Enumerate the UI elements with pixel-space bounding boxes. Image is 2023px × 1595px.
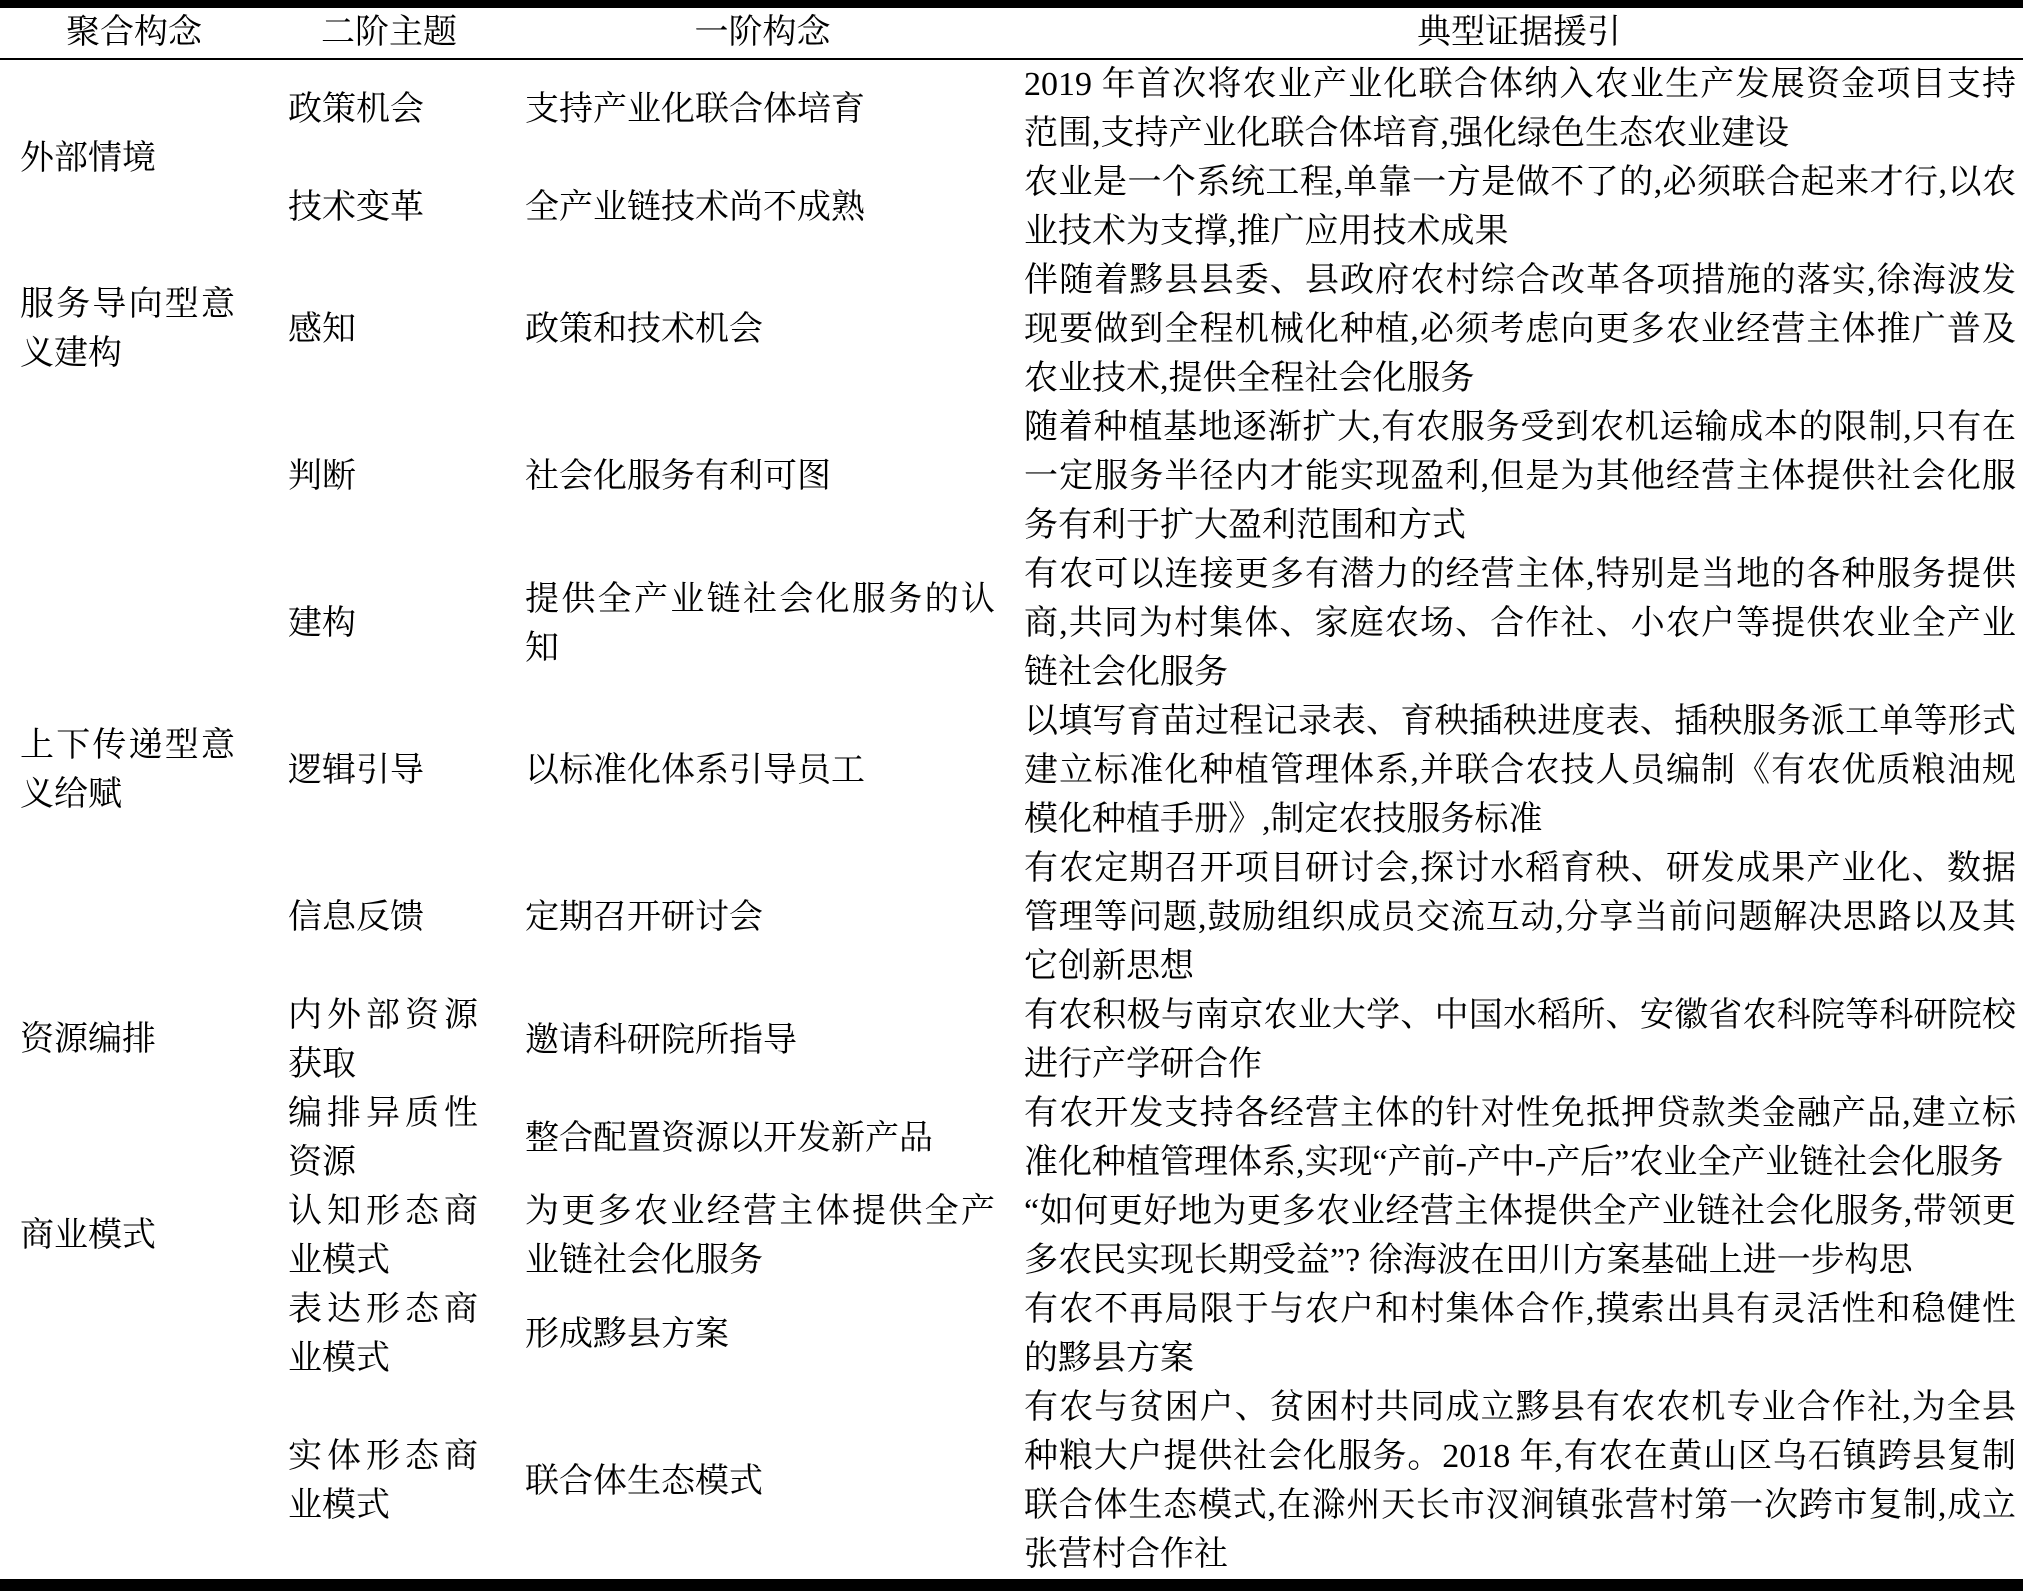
concept-text: 以标准化体系引导员工 [525, 746, 995, 795]
first-order-concept-cell: 提供全产业链社会化服务的认知 [510, 550, 1015, 697]
table-row: 实体形态商业模式 联合体生态模式 有农与贫困户、贫困村共同成立黟县有农农机专业合… [0, 1383, 2023, 1585]
column-header-aggregate-construct: 聚合构念 [0, 4, 268, 59]
second-order-theme-cell: 判断 [268, 403, 510, 550]
aggregate-construct-cell: 外部情境 [0, 59, 268, 256]
first-order-concept-cell: 全产业链技术尚不成熟 [510, 158, 1015, 256]
table-row: 判断 社会化服务有利可图 随着种植基地逐渐扩大,有农服务受到农机运输成本的限制,… [0, 403, 2023, 550]
evidence-cell: 有农开发支持各经营主体的针对性免抵押贷款类金融产品,建立标准化种植管理体系,实现… [1015, 1089, 2023, 1187]
first-order-concept-cell: 定期召开研讨会 [510, 844, 1015, 991]
evidence-cell: 2019 年首次将农业产业化联合体纳入农业生产发展资金项目支持范围,支持产业化联… [1015, 59, 2023, 158]
table-row: 技术变革 全产业链技术尚不成熟 农业是一个系统工程,单靠一方是做不了的,必须联合… [0, 158, 2023, 256]
evidence-text: 伴随着黟县县委、县政府农村综合改革各项措施的落实,徐海波发现要做到全程机械化种植… [1024, 256, 2016, 403]
concept-text: 社会化服务有利可图 [525, 452, 995, 501]
concept-text: 邀请科研院所指导 [525, 1016, 995, 1065]
aggregate-construct-label: 资源编排 [20, 1015, 235, 1064]
second-order-theme-cell: 认知形态商业模式 [268, 1187, 510, 1285]
second-order-theme-cell: 建构 [268, 550, 510, 697]
concept-text: 定期召开研讨会 [525, 893, 995, 942]
second-order-theme-cell: 信息反馈 [268, 844, 510, 991]
evidence-text: 随着种植基地逐渐扩大,有农服务受到农机运输成本的限制,只有在一定服务半径内才能实… [1024, 403, 2016, 550]
aggregate-construct-cell: 上下传递型意义给赋 [0, 697, 268, 991]
concept-text: 形成黟县方案 [525, 1310, 995, 1359]
table-row: 编排异质性资源 整合配置资源以开发新产品 有农开发支持各经营主体的针对性免抵押贷… [0, 1089, 2023, 1187]
paper-table-page: { "table": { "headers": ["聚合构念", "二阶主题",… [0, 0, 2023, 1595]
second-order-theme-cell: 表达形态商业模式 [268, 1285, 510, 1383]
table-row: 信息反馈 定期召开研讨会 有农定期召开项目研讨会,探讨水稻育秧、研发成果产业化、… [0, 844, 2023, 991]
evidence-cell: 农业是一个系统工程,单靠一方是做不了的,必须联合起来才行,以农业技术为支撑,推广… [1015, 158, 2023, 256]
evidence-text: 有农定期召开项目研讨会,探讨水稻育秧、研发成果产业化、数据管理等问题,鼓励组织成… [1024, 844, 2016, 991]
evidence-text: 以填写育苗过程记录表、育秧插秧进度表、插秧服务派工单等形式建立标准化种植管理体系… [1024, 697, 2016, 844]
concept-text: 全产业链技术尚不成熟 [525, 183, 995, 232]
aggregate-construct-label: 上下传递型意义给赋 [20, 721, 235, 819]
evidence-text: 2019 年首次将农业产业化联合体纳入农业生产发展资金项目支持范围,支持产业化联… [1024, 60, 2016, 158]
evidence-cell: 有农可以连接更多有潜力的经营主体,特别是当地的各种服务提供商,共同为村集体、家庭… [1015, 550, 2023, 697]
second-order-theme-cell: 编排异质性资源 [268, 1089, 510, 1187]
second-order-theme-cell: 技术变革 [268, 158, 510, 256]
theme-text: 政策机会 [288, 85, 478, 134]
table-row: 资源编排 内外部资源获取 邀请科研院所指导 有农积极与南京农业大学、中国水稻所、… [0, 991, 2023, 1089]
evidence-cell: 有农定期召开项目研讨会,探讨水稻育秧、研发成果产业化、数据管理等问题,鼓励组织成… [1015, 844, 2023, 991]
evidence-text: “如何更好地为更多农业经营主体提供全产业链社会化服务,带领更多农民实现长期受益”… [1024, 1187, 2016, 1285]
evidence-cell: 有农积极与南京农业大学、中国水稻所、安徽省农科院等科研院校进行产学研合作 [1015, 991, 2023, 1089]
concept-text: 支持产业化联合体培育 [525, 85, 995, 134]
first-order-concept-cell: 整合配置资源以开发新产品 [510, 1089, 1015, 1187]
first-order-concept-cell: 支持产业化联合体培育 [510, 59, 1015, 158]
theme-text: 判断 [288, 452, 478, 501]
first-order-concept-cell: 联合体生态模式 [510, 1383, 1015, 1585]
table-row: 商业模式 认知形态商业模式 为更多农业经营主体提供全产业链社会化服务 “如何更好… [0, 1187, 2023, 1285]
concept-text: 提供全产业链社会化服务的认知 [525, 575, 995, 673]
evidence-text: 有农积极与南京农业大学、中国水稻所、安徽省农科院等科研院校进行产学研合作 [1024, 991, 2016, 1089]
first-order-concept-cell: 形成黟县方案 [510, 1285, 1015, 1383]
first-order-concept-cell: 邀请科研院所指导 [510, 991, 1015, 1089]
aggregate-construct-label: 服务导向型意义建构 [20, 280, 235, 378]
theme-text: 内外部资源获取 [288, 991, 478, 1089]
evidence-cell: 伴随着黟县县委、县政府农村综合改革各项措施的落实,徐海波发现要做到全程机械化种植… [1015, 256, 2023, 403]
evidence-cell: 有农不再局限于与农户和村集体合作,摸索出具有灵活性和稳健性的黟县方案 [1015, 1285, 2023, 1383]
evidence-text: 农业是一个系统工程,单靠一方是做不了的,必须联合起来才行,以农业技术为支撑,推广… [1024, 158, 2016, 256]
table-row: 建构 提供全产业链社会化服务的认知 有农可以连接更多有潜力的经营主体,特别是当地… [0, 550, 2023, 697]
table-row: 上下传递型意义给赋 逻辑引导 以标准化体系引导员工 以填写育苗过程记录表、育秧插… [0, 697, 2023, 844]
second-order-theme-cell: 实体形态商业模式 [268, 1383, 510, 1585]
concept-text: 政策和技术机会 [525, 305, 995, 354]
theme-text: 表达形态商业模式 [288, 1285, 478, 1383]
evidence-text: 有农可以连接更多有潜力的经营主体,特别是当地的各种服务提供商,共同为村集体、家庭… [1024, 550, 2016, 697]
aggregate-construct-cell: 商业模式 [0, 1187, 268, 1585]
theme-text: 实体形态商业模式 [288, 1432, 478, 1530]
evidence-cell: 有农与贫困户、贫困村共同成立黟县有农农机专业合作社,为全县种粮大户提供社会化服务… [1015, 1383, 2023, 1585]
theme-text: 信息反馈 [288, 893, 478, 942]
theme-text: 建构 [288, 599, 478, 648]
first-order-concept-cell: 为更多农业经营主体提供全产业链社会化服务 [510, 1187, 1015, 1285]
coding-evidence-table: 聚合构念 二阶主题 一阶构念 典型证据援引 外部情境 政策机会 支持产业化联合体… [0, 0, 2023, 1591]
evidence-cell: “如何更好地为更多农业经营主体提供全产业链社会化服务,带领更多农民实现长期受益”… [1015, 1187, 2023, 1285]
header-row: 聚合构念 二阶主题 一阶构念 典型证据援引 [0, 4, 2023, 59]
theme-text: 认知形态商业模式 [288, 1187, 478, 1285]
first-order-concept-cell: 政策和技术机会 [510, 256, 1015, 403]
table-row: 服务导向型意义建构 感知 政策和技术机会 伴随着黟县县委、县政府农村综合改革各项… [0, 256, 2023, 403]
evidence-text: 有农与贫困户、贫困村共同成立黟县有农农机专业合作社,为全县种粮大户提供社会化服务… [1024, 1383, 2016, 1579]
evidence-text: 有农开发支持各经营主体的针对性免抵押贷款类金融产品,建立标准化种植管理体系,实现… [1024, 1089, 2016, 1187]
first-order-concept-cell: 以标准化体系引导员工 [510, 697, 1015, 844]
concept-text: 为更多农业经营主体提供全产业链社会化服务 [525, 1187, 995, 1285]
column-header-second-order-theme: 二阶主题 [268, 4, 510, 59]
aggregate-construct-cell: 服务导向型意义建构 [0, 256, 268, 697]
table-row: 外部情境 政策机会 支持产业化联合体培育 2019 年首次将农业产业化联合体纳入… [0, 59, 2023, 158]
theme-text: 技术变革 [288, 183, 478, 232]
first-order-concept-cell: 社会化服务有利可图 [510, 403, 1015, 550]
table-row: 表达形态商业模式 形成黟县方案 有农不再局限于与农户和村集体合作,摸索出具有灵活… [0, 1285, 2023, 1383]
second-order-theme-cell: 感知 [268, 256, 510, 403]
theme-text: 感知 [288, 305, 478, 354]
aggregate-construct-cell: 资源编排 [0, 991, 268, 1187]
aggregate-construct-label: 外部情境 [20, 134, 235, 183]
column-header-evidence-citation: 典型证据援引 [1015, 4, 2023, 59]
aggregate-construct-label: 商业模式 [20, 1211, 235, 1260]
second-order-theme-cell: 政策机会 [268, 59, 510, 158]
theme-text: 编排异质性资源 [288, 1089, 478, 1187]
concept-text: 整合配置资源以开发新产品 [525, 1114, 995, 1163]
theme-text: 逻辑引导 [288, 746, 478, 795]
second-order-theme-cell: 逻辑引导 [268, 697, 510, 844]
column-header-first-order-concept: 一阶构念 [510, 4, 1015, 59]
concept-text: 联合体生态模式 [525, 1457, 995, 1506]
evidence-cell: 随着种植基地逐渐扩大,有农服务受到农机运输成本的限制,只有在一定服务半径内才能实… [1015, 403, 2023, 550]
second-order-theme-cell: 内外部资源获取 [268, 991, 510, 1089]
evidence-text: 有农不再局限于与农户和村集体合作,摸索出具有灵活性和稳健性的黟县方案 [1024, 1285, 2016, 1383]
evidence-cell: 以填写育苗过程记录表、育秧插秧进度表、插秧服务派工单等形式建立标准化种植管理体系… [1015, 697, 2023, 844]
